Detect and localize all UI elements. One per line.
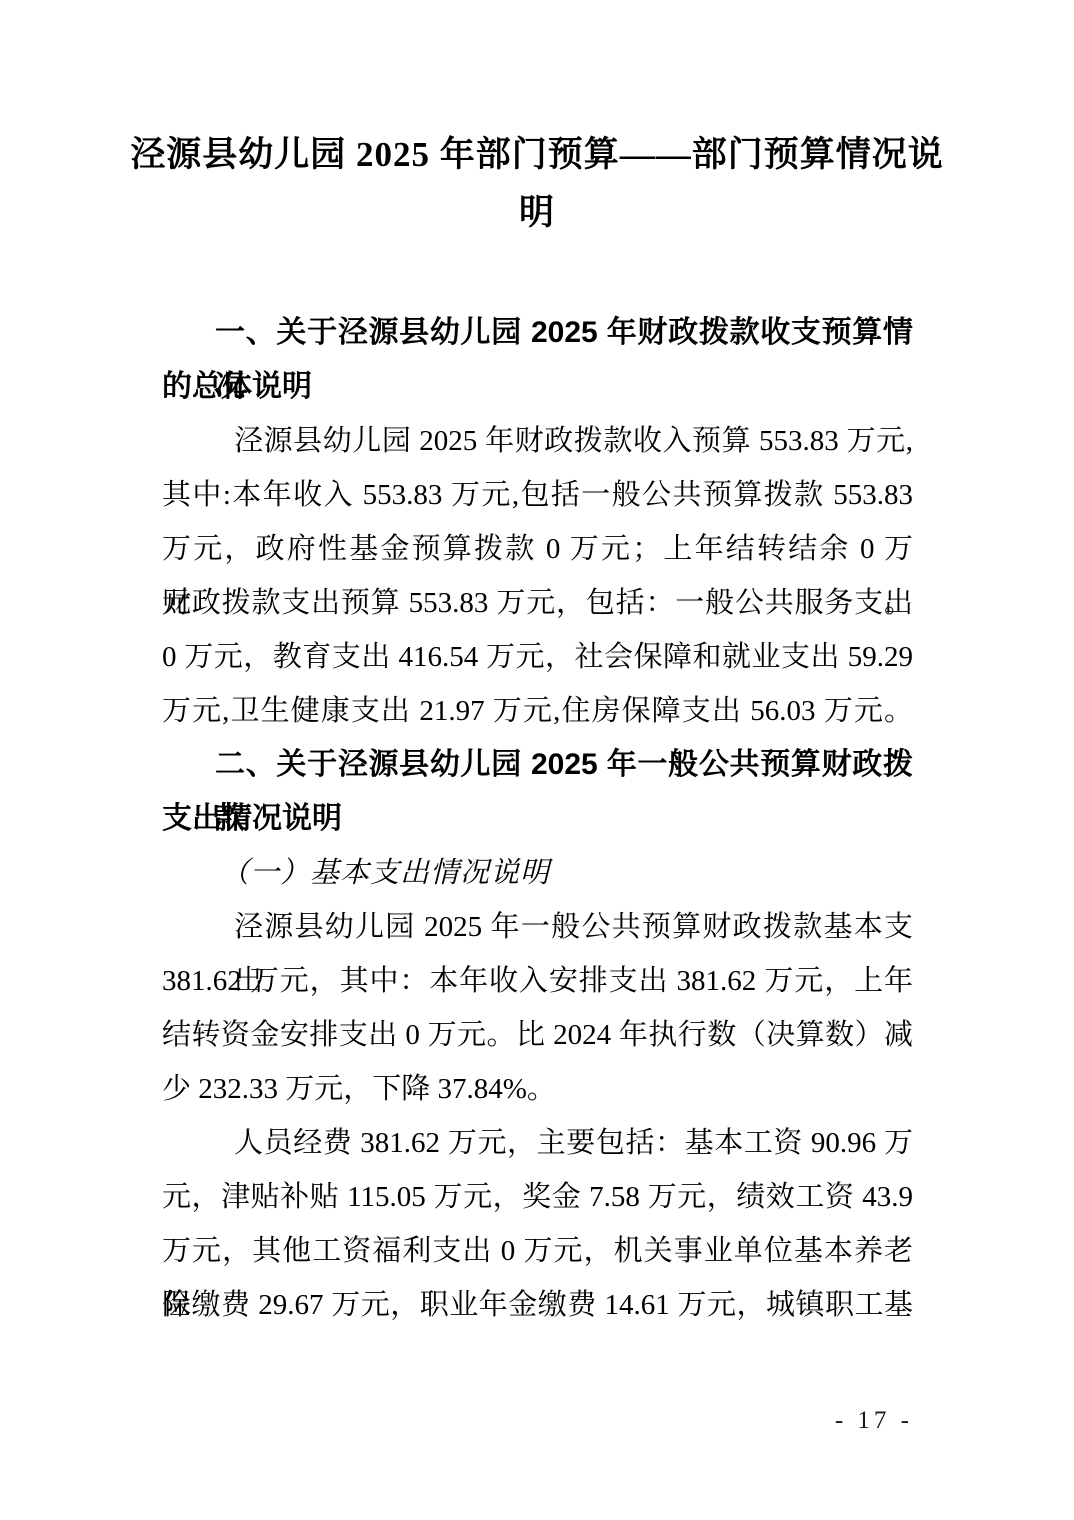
section-1-paragraph-1-line-3: 万元，政府性基金预算拨款 0 万元；上年结转结余 0 万元。 [162,522,913,576]
doc-title-line-1: 泾源县幼儿园 2025 年部门预算——部门预算情况说 [120,126,954,184]
section-1-heading-line-2: 的总体说明 [162,360,913,414]
page-number: - 17 - [835,1404,913,1438]
document-page: 泾源县幼儿园 2025 年部门预算——部门预算情况说 明 一、关于泾源县幼儿园 … [0,0,1074,1520]
section-2-paragraph-1-line-1: 泾源县幼儿园 2025 年一般公共预算财政拨款基本支出 [162,900,913,954]
doc-title: 泾源县幼儿园 2025 年部门预算——部门预算情况说 明 [120,126,954,242]
section-2-paragraph-2-line-4: 险缴费 29.67 万元，职业年金缴费 14.61 万元，城镇职工基 [162,1278,913,1332]
section-2-paragraph-1-line-2: 381.62 万元，其中：本年收入安排支出 381.62 万元，上年 [162,954,913,1008]
section-2-heading-line-2: 支出情况说明 [162,792,913,846]
doc-body: 一、关于泾源县幼儿园 2025 年财政拨款收支预算情况 的总体说明 泾源县幼儿园… [162,306,913,1332]
section-1-paragraph-1-line-6: 万元,卫生健康支出 21.97 万元,住房保障支出 56.03 万元。 [162,684,913,738]
section-1-heading-line-1: 一、关于泾源县幼儿园 2025 年财政拨款收支预算情况 [162,306,913,360]
section-2-paragraph-2-line-2: 元，津贴补贴 115.05 万元，奖金 7.58 万元，绩效工资 43.9 [162,1170,913,1224]
section-1-paragraph-1-line-1: 泾源县幼儿园 2025 年财政拨款收入预算 553.83 万元, [162,414,913,468]
section-2-paragraph-2-line-3: 万元，其他工资福利支出 0 万元，机关事业单位基本养老保 [162,1224,913,1278]
doc-title-line-2: 明 [120,184,954,242]
section-1-paragraph-1-line-5: 0 万元，教育支出 416.54 万元，社会保障和就业支出 59.29 [162,630,913,684]
section-2-paragraph-1-line-4: 少 232.33 万元，下降 37.84%。 [162,1062,913,1116]
section-2-paragraph-1-line-3: 结转资金安排支出 0 万元。比 2024 年执行数（决算数）减 [162,1008,913,1062]
section-2-paragraph-2-line-1: 人员经费 381.62 万元，主要包括：基本工资 90.96 万 [162,1116,913,1170]
section-1-paragraph-1-line-4: 财政拨款支出预算 553.83 万元，包括：一般公共服务支出 [162,576,913,630]
section-1-paragraph-1-line-2: 其中:本年收入 553.83 万元,包括一般公共预算拨款 553.83 [162,468,913,522]
section-2-subheading-1: （一）基本支出情况说明 [162,846,913,900]
section-2-heading-line-1: 二、关于泾源县幼儿园 2025 年一般公共预算财政拨款 [162,738,913,792]
